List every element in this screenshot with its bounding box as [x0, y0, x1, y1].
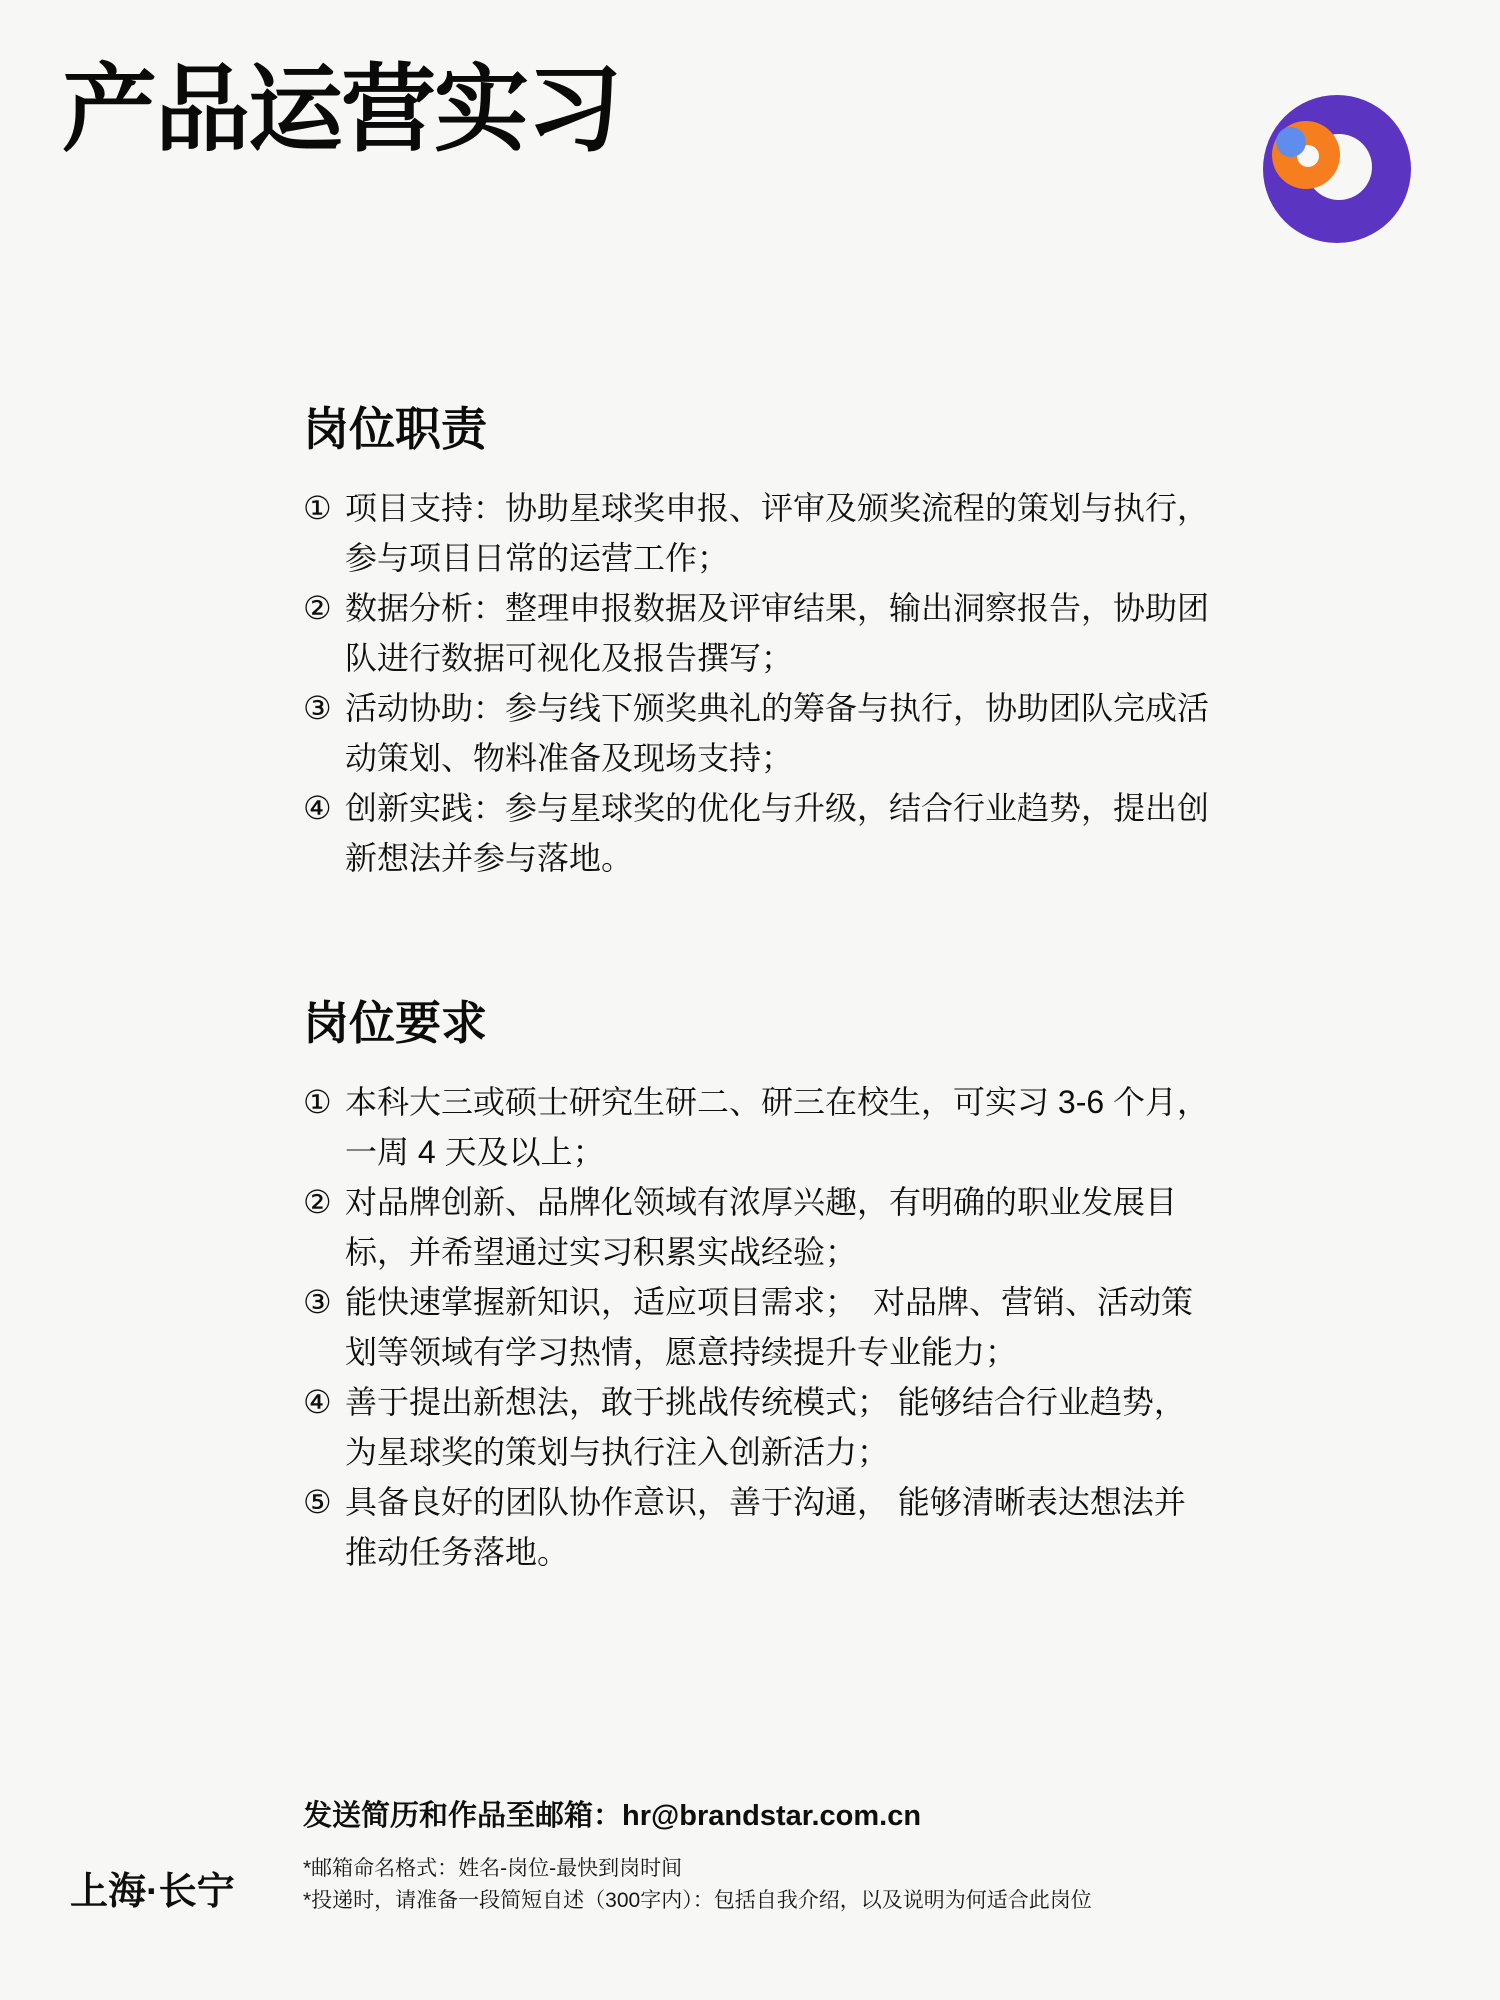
list-item: ④ 善于提出新想法，敢于挑战传统模式； 能够结合行业趋势，为星球奖的策划与执行注…	[303, 1377, 1223, 1477]
item-marker: ②	[303, 1177, 345, 1227]
item-text: 能快速掌握新知识，适应项目需求； 对品牌、营销、活动策划等领域有学习热情，愿意持…	[345, 1277, 1217, 1377]
item-marker: ④	[303, 1377, 345, 1427]
responsibilities-list: ① 项目支持：协助星球奖申报、评审及颁奖流程的策划与执行，参与项目日常的运营工作…	[303, 483, 1223, 883]
location-label: 上海·长宁	[70, 1860, 235, 1915]
item-marker: ①	[303, 1077, 345, 1127]
contact-block: 发送简历和作品至邮箱：hr@brandstar.com.cn *邮箱命名格式：姓…	[303, 1793, 1443, 1917]
list-item: ① 项目支持：协助星球奖申报、评审及颁奖流程的策划与执行，参与项目日常的运营工作…	[303, 483, 1223, 583]
requirements-heading: 岗位要求	[303, 997, 1223, 1050]
item-marker: ⑤	[303, 1477, 345, 1527]
item-text: 活动协助：参与线下颁奖典礼的筹备与执行，协助团队完成活动策划、物料准备及现场支持…	[345, 683, 1217, 783]
item-text: 善于提出新想法，敢于挑战传统模式； 能够结合行业趋势，为星球奖的策划与执行注入创…	[345, 1377, 1217, 1477]
email-address: hr@brandstar.com.cn	[622, 1800, 921, 1832]
requirements-list: ① 本科大三或硕士研究生研二、研三在校生，可实习 3-6 个月，一周 4 天及以…	[303, 1077, 1223, 1577]
brandstar-logo-icon	[1230, 70, 1450, 270]
item-text: 创新实践：参与星球奖的优化与升级，结合行业趋势，提出创新想法并参与落地。	[345, 783, 1217, 883]
section-requirements: 岗位要求 ① 本科大三或硕士研究生研二、研三在校生，可实习 3-6 个月，一周 …	[303, 997, 1223, 1577]
footnote-email-format: *邮箱命名格式：姓名-岗位-最快到岗时间	[303, 1853, 1443, 1885]
email-label: 发送简历和作品至邮箱：	[303, 1800, 622, 1832]
item-text: 对品牌创新、品牌化领域有浓厚兴趣，有明确的职业发展目标，并希望通过实习积累实战经…	[345, 1177, 1217, 1277]
responsibilities-heading: 岗位职责	[303, 403, 1223, 456]
list-item: ② 对品牌创新、品牌化领域有浓厚兴趣，有明确的职业发展目标，并希望通过实习积累实…	[303, 1177, 1223, 1277]
list-item: ② 数据分析：整理申报数据及评审结果，输出洞察报告，协助团队进行数据可视化及报告…	[303, 583, 1223, 683]
list-item: ③ 活动协助：参与线下颁奖典礼的筹备与执行，协助团队完成活动策划、物料准备及现场…	[303, 683, 1223, 783]
list-item: ③ 能快速掌握新知识，适应项目需求； 对品牌、营销、活动策划等领域有学习热情，愿…	[303, 1277, 1223, 1377]
contact-email-line: 发送简历和作品至邮箱：hr@brandstar.com.cn	[303, 1793, 1443, 1834]
item-text: 项目支持：协助星球奖申报、评审及颁奖流程的策划与执行，参与项目日常的运营工作；	[345, 483, 1217, 583]
list-item: ⑤ 具备良好的团队协作意识，善于沟通， 能够清晰表达想法并推动任务落地。	[303, 1477, 1223, 1577]
item-marker: ②	[303, 583, 345, 633]
job-posting-page: 产品运营实习 岗位职责 ① 项目支持：协助星球奖申报、评审及颁奖流程的策划与执行…	[0, 0, 1500, 2000]
page-title: 产品运营实习	[62, 58, 620, 163]
list-item: ④ 创新实践：参与星球奖的优化与升级，结合行业趋势，提出创新想法并参与落地。	[303, 783, 1223, 883]
item-marker: ③	[303, 683, 345, 733]
item-text: 具备良好的团队协作意识，善于沟通， 能够清晰表达想法并推动任务落地。	[345, 1477, 1217, 1577]
item-text: 数据分析：整理申报数据及评审结果，输出洞察报告，协助团队进行数据可视化及报告撰写…	[345, 583, 1217, 683]
item-marker: ①	[303, 483, 345, 533]
footnote-self-intro: *投递时，请准备一段简短自述（300字内）：包括自我介绍，以及说明为何适合此岗位	[303, 1885, 1443, 1917]
logo-blue-dot	[1276, 127, 1306, 157]
item-text: 本科大三或硕士研究生研二、研三在校生，可实习 3-6 个月，一周 4 天及以上；	[345, 1077, 1217, 1177]
list-item: ① 本科大三或硕士研究生研二、研三在校生，可实习 3-6 个月，一周 4 天及以…	[303, 1077, 1223, 1177]
item-marker: ④	[303, 783, 345, 833]
item-marker: ③	[303, 1277, 345, 1327]
section-responsibilities: 岗位职责 ① 项目支持：协助星球奖申报、评审及颁奖流程的策划与执行，参与项目日常…	[303, 403, 1223, 883]
